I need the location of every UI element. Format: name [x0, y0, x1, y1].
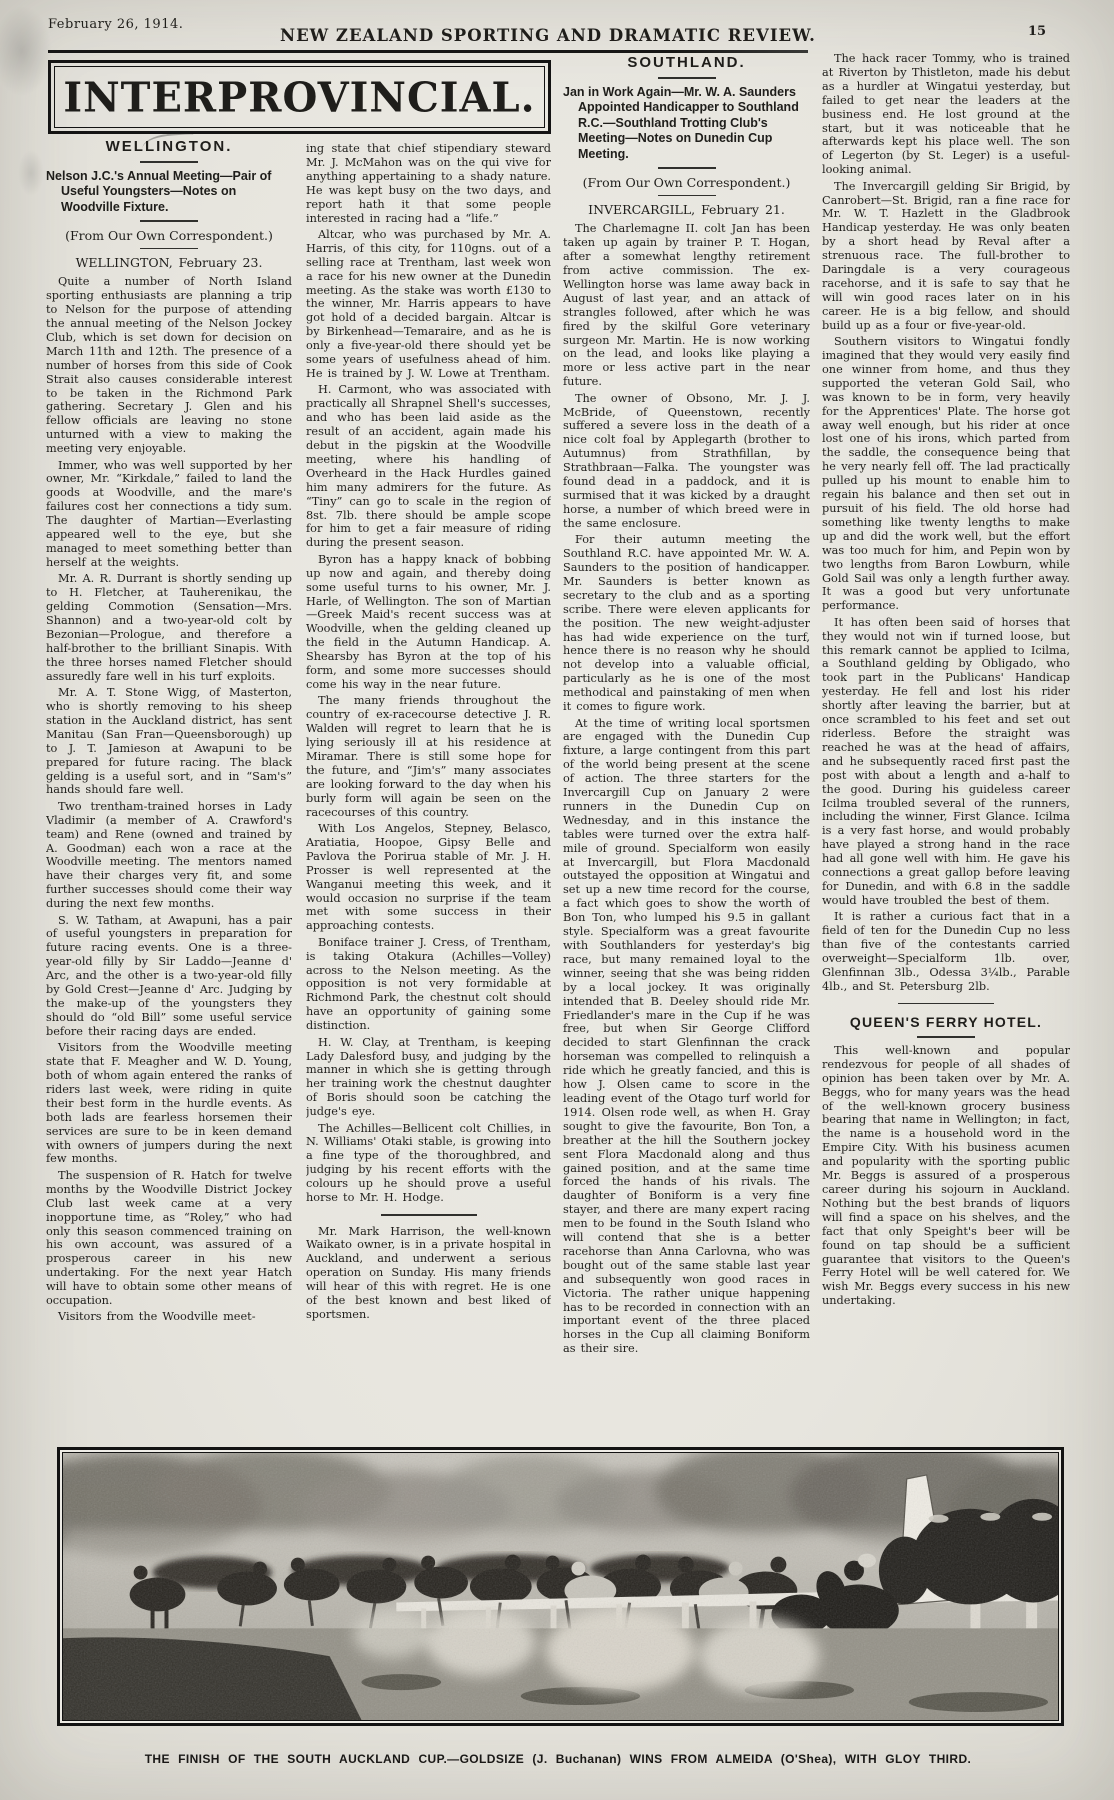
divider-rule	[140, 248, 198, 250]
divider-rule	[140, 220, 198, 222]
paragraph: The Charlemagne II. colt Jan has been ta…	[563, 222, 810, 389]
wellington-col2-paragraphs-after-rule: Mr. Mark Harrison, the well-known Waikat…	[306, 1225, 551, 1322]
paragraph: Immer, who was well supported by her own…	[46, 459, 292, 570]
page-number: 15	[1022, 24, 1052, 39]
photo-caption: THE FINISH OF THE SOUTH AUCKLAND CUP.—GO…	[48, 1752, 1068, 1766]
queens-ferry-heading: QUEEN'S FERRY HOTEL.	[822, 1013, 1070, 1031]
paragraph: This well-known and popular rendezvous f…	[822, 1044, 1070, 1308]
paragraph: Mr. A. T. Stone Wigg, of Masterton, who …	[46, 686, 292, 797]
headline-inner-border: INTERPROVINCIAL.	[54, 66, 545, 128]
paragraph: Boniface trainer J. Cress, of Trentham, …	[306, 936, 551, 1033]
wellington-dateline: WELLINGTON, February 23.	[46, 255, 292, 270]
paragraph: Mr. A. R. Durrant is shortly sending up …	[46, 572, 292, 683]
paragraph: For their autumn meeting the Southland R…	[563, 533, 810, 714]
wellington-col2-paragraphs: ing state that chief stipendiary steward…	[306, 142, 551, 1205]
paragraph: Visitors from the Woodville meet-	[46, 1310, 292, 1324]
paragraph: Byron has a happy knack of bobbing up no…	[306, 553, 551, 692]
paragraph: It has often been said of horses that th…	[822, 616, 1070, 908]
southland-dateline: INVERCARGILL, February 21.	[563, 202, 810, 217]
issue-date: February 26, 1914.	[48, 17, 183, 32]
paragraph: Two trentham-trained horses in Lady Vlad…	[46, 800, 292, 911]
paragraph: Visitors from the Woodville meeting stat…	[46, 1041, 292, 1166]
paragraph: S. W. Tatham, at Awapuni, has a pair of …	[46, 914, 292, 1039]
race-photo	[62, 1452, 1059, 1721]
headline-box: INTERPROVINCIAL.	[48, 60, 551, 134]
paragraph: With Los Angelos, Stepney, Belasco, Arat…	[306, 822, 551, 933]
divider-rule	[917, 1036, 975, 1038]
divider-rule	[140, 161, 198, 163]
southland-subhead: Jan in Work Again—Mr. W. A. Saunders App…	[563, 85, 810, 163]
queens-ferry-paragraphs: This well-known and popular rendezvous f…	[822, 1044, 1070, 1308]
divider-rule	[658, 195, 716, 197]
column-1: WELLINGTON. Nelson J.C.'s Annual Meeting…	[46, 138, 292, 1374]
masthead: NEW ZEALAND SPORTING AND DRAMATIC REVIEW…	[280, 26, 800, 45]
column-2: ing state that chief stipendiary steward…	[306, 142, 551, 1374]
wellington-subhead: Nelson J.C.'s Annual Meeting—Pair of Use…	[46, 169, 292, 216]
paragraph: The owner of Obsono, Mr. J. J. McBride, …	[563, 392, 810, 531]
newspaper-page: February 26, 1914. NEW ZEALAND SPORTING …	[0, 0, 1114, 1800]
column-3: SOUTHLAND. Jan in Work Again—Mr. W. A. S…	[563, 54, 810, 1414]
wellington-col1-paragraphs: Quite a number of North Island sporting …	[46, 275, 292, 1324]
race-finish-illustration	[63, 1453, 1058, 1720]
southland-heading: SOUTHLAND.	[563, 54, 810, 72]
paragraph: Quite a number of North Island sporting …	[46, 275, 292, 456]
paragraph: ing state that chief stipendiary steward…	[306, 142, 551, 225]
paragraph: The suspension of R. Hatch for twelve mo…	[46, 1169, 292, 1308]
paragraph: H. W. Clay, at Trentham, is keeping Lady…	[306, 1036, 551, 1119]
southland-byline: (From Our Own Correspondent.)	[563, 175, 810, 190]
southland-col3-paragraphs: The Charlemagne II. colt Jan has been ta…	[563, 222, 810, 1356]
header-rule	[48, 50, 808, 53]
paragraph: The many friends throughout the country …	[306, 694, 551, 819]
divider-rule	[381, 1214, 477, 1216]
paragraph: H. Carmont, who was associated with prac…	[306, 383, 551, 550]
paragraph: The Invercargill gelding Sir Brigid, by …	[822, 180, 1070, 333]
paragraph: Mr. Mark Harrison, the well-known Waikat…	[306, 1225, 551, 1322]
paragraph: The hack racer Tommy, who is trained at …	[822, 52, 1070, 177]
scan-smudge	[0, 6, 52, 96]
race-photo-frame	[57, 1447, 1064, 1726]
paragraph: At the time of writing local sportsmen a…	[563, 717, 810, 1357]
paragraph: It is rather a curious fact that in a fi…	[822, 910, 1070, 993]
scan-smudge	[18, 150, 44, 196]
divider-rule	[658, 77, 716, 79]
paragraph: Southern visitors to Wingatui fondly ima…	[822, 335, 1070, 613]
southland-col4-paragraphs: The hack racer Tommy, who is trained at …	[822, 52, 1070, 994]
wellington-heading: WELLINGTON.	[46, 138, 292, 156]
column-4: The hack racer Tommy, who is trained at …	[822, 52, 1070, 1414]
divider-rule	[658, 167, 716, 169]
wellington-byline: (From Our Own Correspondent.)	[46, 228, 292, 243]
headline: INTERPROVINCIAL.	[63, 73, 535, 122]
divider-rule	[898, 1003, 994, 1005]
paragraph: Altcar, who was purchased by Mr. A. Harr…	[306, 228, 551, 381]
paragraph: The Achilles—Bellicent colt Chillies, in…	[306, 1122, 551, 1205]
